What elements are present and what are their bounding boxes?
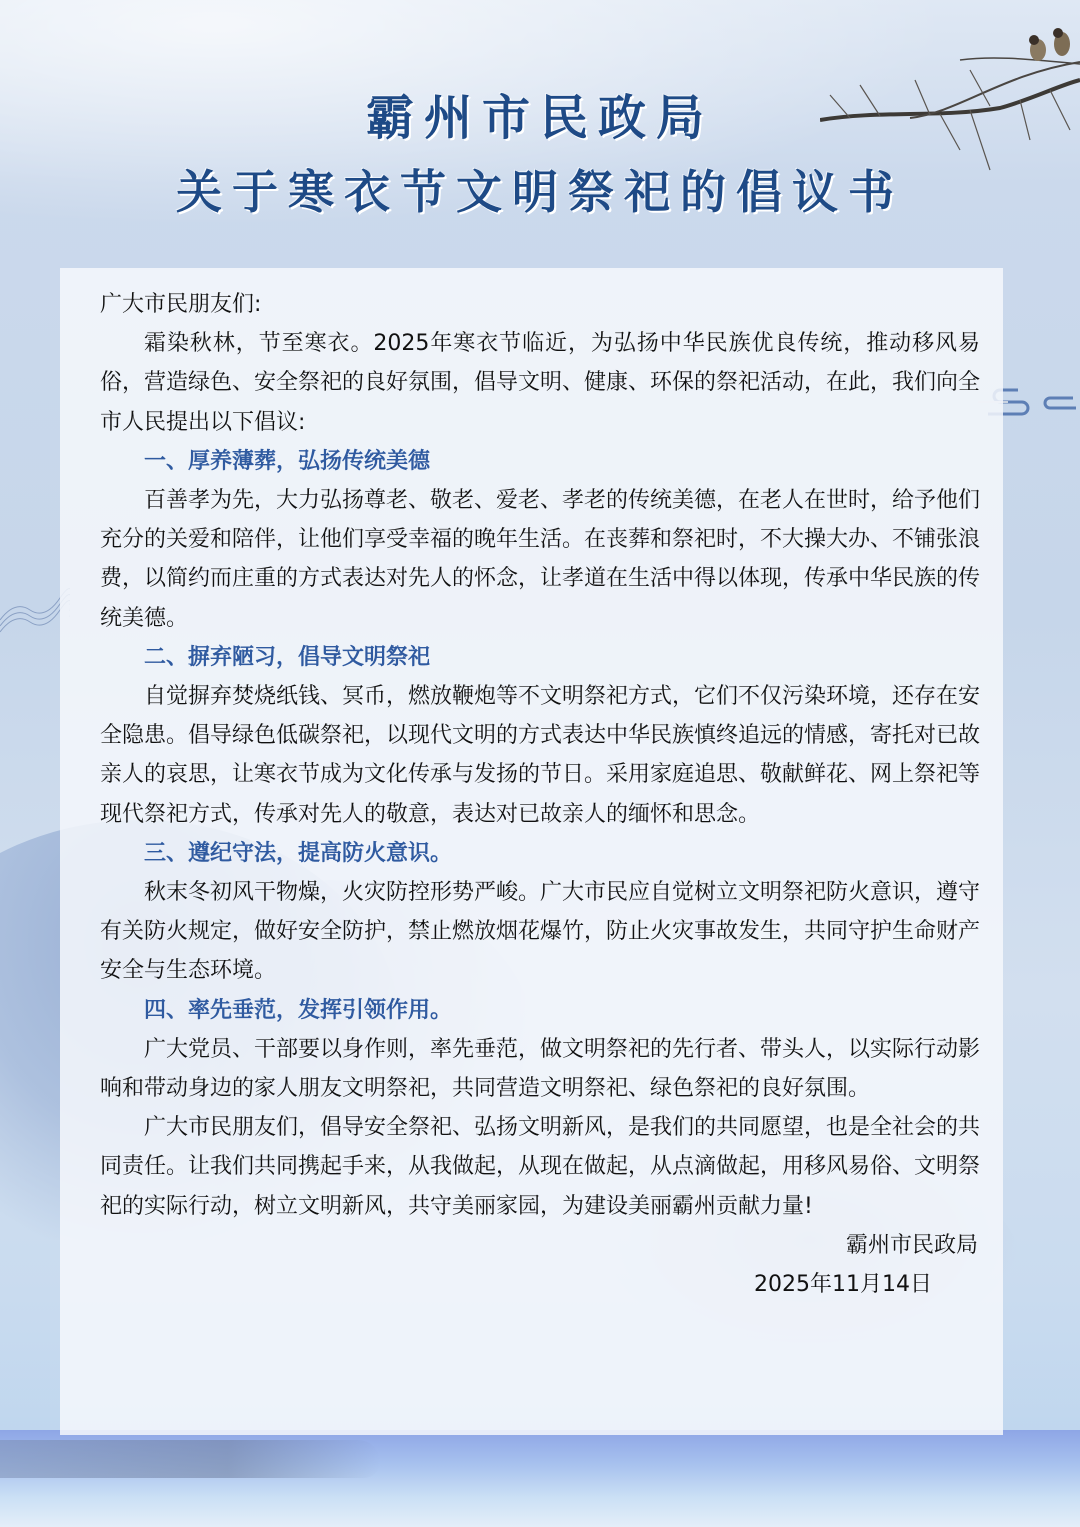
title-subject: 关于寒衣节文明祭祀的倡议书 [0,160,1080,224]
section-body-3: 秋末冬初风干物燥，火灾防控形势严峻。广大市民应自觉树立文明祭祀防火意识，遵守有关… [100,873,980,991]
ink-shoreline [0,1440,380,1478]
section-heading-3: 三、遵纪守法，提高防火意识。 [100,834,980,873]
title-issuer: 霸州市民政局 [0,86,1080,150]
letter-title: 霸州市民政局 关于寒衣节文明祭祀的倡议书 [0,86,1080,224]
section-heading-1: 一、厚养薄葬，弘扬传统美德 [100,442,980,481]
section-heading-2: 二、摒弃陋习，倡导文明祭祀 [100,638,980,677]
signature-date: 2025年11月14日 [100,1265,980,1304]
signature-organization: 霸州市民政局 [100,1226,980,1265]
lake-water [0,1430,1080,1527]
section-heading-4: 四、率先垂范，发挥引领作用。 [100,991,980,1030]
intro-paragraph: 霜染秋林，节至寒衣。2025年寒衣节临近，为弘扬中华民族优良传统，推动移风易俗，… [100,324,980,442]
greeting: 广大市民朋友们: [100,285,980,324]
section-body-2: 自觉摒弃焚烧纸钱、冥币，燃放鞭炮等不文明祭祀方式，它们不仅污染环境，还存在安全隐… [100,677,980,834]
letter-body: 广大市民朋友们: 霜染秋林，节至寒衣。2025年寒衣节临近，为弘扬中华民族优良传… [100,285,980,1304]
section-body-1: 百善孝为先，大力弘扬尊老、敬老、爱老、孝老的传统美德，在老人在世时，给予他们充分… [100,481,980,638]
closing-paragraph: 广大市民朋友们，倡导安全祭祀、弘扬文明新风，是我们的共同愿望，也是全社会的共同责… [100,1108,980,1226]
section-body-4: 广大党员、干部要以身作则，率先垂范，做文明祭祀的先行者、带头人，以实际行动影响和… [100,1030,980,1108]
